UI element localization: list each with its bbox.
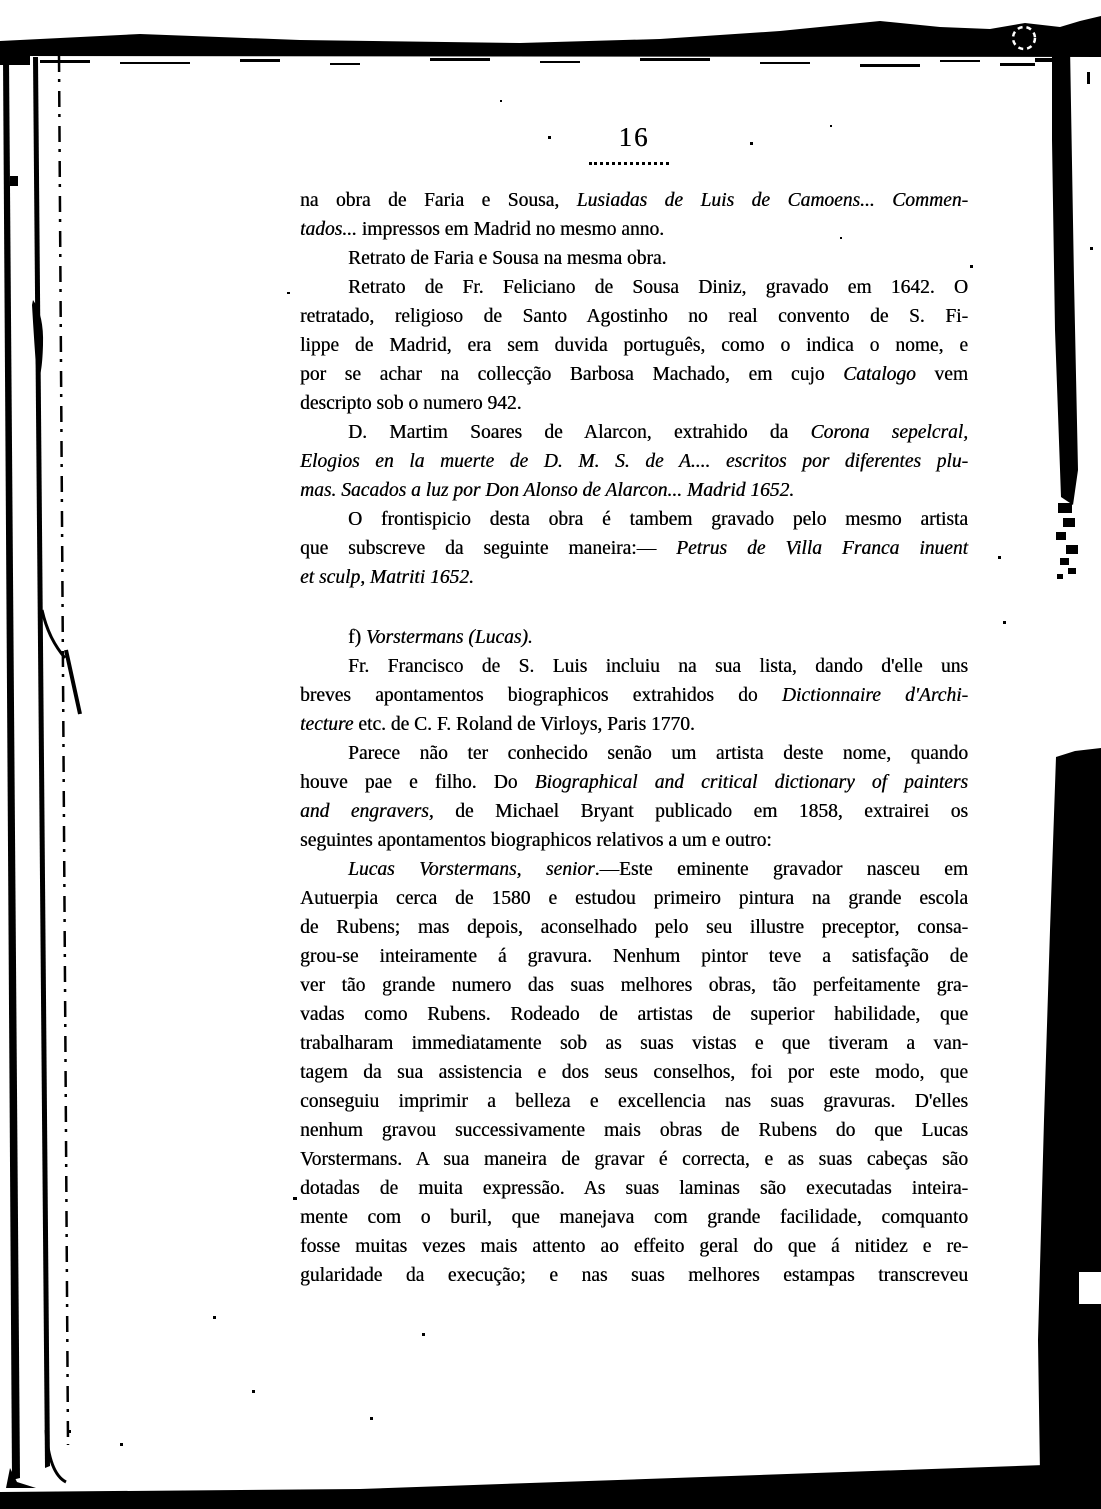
text-line: Fr. Francisco de S. Luis incluiu na sua …: [300, 652, 968, 681]
text-block: na obra de Faria e Sousa, Lusiadas de Lu…: [300, 186, 968, 1290]
text-segment: nenhum gravou successivamente mais obras…: [300, 1120, 968, 1141]
scan-top-band: [0, 16, 1101, 57]
text-line: seguintes apontamentos biographicos rela…: [300, 826, 968, 855]
scanned-page: 16 na obra de Faria e Sousa, Lusiadas de…: [0, 0, 1101, 1509]
text-line: fosse muitas vezes mais attento ao effei…: [300, 1232, 968, 1261]
italic-text-segment: Lucas Vorstermans, senior: [348, 859, 595, 880]
text-line: Retrato de Fr. Feliciano de Sousa Diniz,…: [300, 273, 968, 302]
text-segment: mente com o buril, que manejava com gran…: [300, 1207, 968, 1228]
italic-text-segment: et sculp, Matriti 1652.: [300, 567, 474, 588]
scan-right-block-notch: [1079, 1272, 1101, 1304]
text-line: tagem da sua assistencia e dos seus cons…: [300, 1058, 968, 1087]
text-segment: Fr. Francisco de S. Luis incluiu na sua …: [348, 656, 968, 677]
text-segment: fosse muitas vezes mais attento ao effei…: [300, 1236, 968, 1257]
text-segment: D. Martim Soares de Alarcon, extrahido d…: [348, 422, 810, 443]
text-segment: Autuerpia cerca de 1580 e estudou primei…: [300, 888, 968, 909]
text-segment: impressos em Madrid no mesmo anno.: [362, 219, 664, 240]
text-segment: tagem da sua assistencia e dos seus cons…: [300, 1062, 968, 1083]
text-line: retratado, religioso de Santo Agostinho …: [300, 302, 968, 331]
text-segment: de Michael Bryant publicado em 1858, ext…: [434, 801, 968, 822]
text-line: Retrato de Faria e Sousa na mesma obra.: [300, 244, 968, 273]
text-segment: seguintes apontamentos biographicos rela…: [300, 830, 772, 851]
text-segment: na obra de Faria e Sousa,: [300, 190, 577, 211]
text-segment: ver tão grande numero das suas melhores …: [300, 975, 968, 996]
text-segment: Vorstermans. A sua maneira de gravar é c…: [300, 1149, 968, 1170]
text-segment: Retrato de Faria e Sousa na mesma obra.: [348, 248, 666, 269]
text-line: tados... impressos em Madrid no mesmo an…: [300, 215, 968, 244]
scan-left-line-a-foot: [6, 1468, 36, 1488]
page-number-rule: [589, 158, 669, 165]
italic-text-segment: and engravers,: [300, 801, 434, 822]
text-line: and engravers, de Michael Bryant publica…: [300, 797, 968, 826]
text-segment: vem: [916, 364, 968, 385]
text-line: trabalharam immediatamente sob as suas v…: [300, 1029, 968, 1058]
text-segment: dotadas de muita expressão. As suas lami…: [300, 1178, 968, 1199]
italic-text-segment: tados...: [300, 219, 362, 240]
page-number: 16: [300, 122, 968, 153]
text-line: grou-se inteiramente á gravura. Nenhum p…: [300, 942, 968, 971]
text-line: nenhum gravou successivamente mais obras…: [300, 1116, 968, 1145]
text-line: mas. Sacados a luz por Don Alonso de Ala…: [300, 476, 968, 505]
text-segment: trabalharam immediatamente sob as suas v…: [300, 1033, 968, 1054]
text-line: O frontispicio desta obra é tambem grava…: [300, 505, 968, 534]
text-line: Elogios en la muerte de D. M. S. de A...…: [300, 447, 968, 476]
italic-text-segment: Vorstermans (Lucas).: [366, 627, 533, 648]
text-segment: .—Este eminente gravador nasceu em: [595, 859, 968, 880]
text-line: ver tão grande numero das suas melhores …: [300, 971, 968, 1000]
scan-right-bar-speckle: [1056, 503, 1078, 579]
text-line: na obra de Faria e Sousa, Lusiadas de Lu…: [300, 186, 968, 215]
text-segment: Retrato de Fr. Feliciano de Sousa Diniz,…: [348, 277, 968, 298]
text-line: Lucas Vorstermans, senior.—Este eminente…: [300, 855, 968, 884]
text-line: por se achar na collecção Barbosa Machad…: [300, 360, 968, 389]
italic-text-segment: Petrus de Villa Franca inuent: [676, 538, 968, 559]
text-segment: conseguiu imprimir a belleza e excellenc…: [300, 1091, 968, 1112]
text-segment: breves apontamentos biographicos extrahi…: [300, 685, 782, 706]
text-line: que subscreve da seguinte maneira:— Petr…: [300, 534, 968, 563]
text-line: houve pae e filho. Do Biographical and c…: [300, 768, 968, 797]
text-line: de Rubens; mas depois, aconselhado pelo …: [300, 913, 968, 942]
text-line: Autuerpia cerca de 1580 e estudou primei…: [300, 884, 968, 913]
text-segment: por se achar na collecção Barbosa Machad…: [300, 364, 843, 385]
text-segment: vadas como Rubens. Rodeado de artistas d…: [300, 1004, 968, 1025]
text-line: Vorstermans. A sua maneira de gravar é c…: [300, 1145, 968, 1174]
text-segment: gularidade da execução; e nas suas melho…: [300, 1265, 968, 1286]
text-line: conseguiu imprimir a belleza e excellenc…: [300, 1087, 968, 1116]
text-line: tecture etc. de C. F. Roland de Virloys,…: [300, 710, 968, 739]
scan-left-slant: [66, 650, 80, 714]
italic-text-segment: mas. Sacados a luz por Don Alonso de Ala…: [300, 480, 794, 501]
text-line: gularidade da execução; e nas suas melho…: [300, 1261, 968, 1290]
text-segment: grou-se inteiramente á gravura. Nenhum p…: [300, 946, 968, 967]
italic-text-segment: Dictionnaire d'Archi-: [782, 685, 968, 706]
text-segment: f): [348, 627, 366, 648]
text-line: f) Vorstermans (Lucas).: [300, 623, 968, 652]
text-segment: de Rubens; mas depois, aconselhado pelo …: [300, 917, 968, 938]
scan-left-line-c: [59, 56, 68, 1445]
text-line: dotadas de muita expressão. As suas lami…: [300, 1174, 968, 1203]
scan-right-bar: [1052, 46, 1078, 505]
italic-text-segment: Elogios en la muerte de D. M. S. de A...…: [300, 451, 968, 472]
text-line: et sculp, Matriti 1652.: [300, 563, 968, 592]
text-line: vadas como Rubens. Rodeado de artistas d…: [300, 1000, 968, 1029]
text-segment: houve pae e filho. Do: [300, 772, 535, 793]
text-line: descripto sob o numero 942.: [300, 389, 968, 418]
scan-left-line-b-blob: [32, 300, 43, 380]
scan-left-line-b: [33, 57, 50, 1468]
italic-text-segment: Corona sepelcral,: [810, 422, 968, 443]
text-line: lippe de Madrid, era sem duvida portuguê…: [300, 331, 968, 360]
italic-text-segment: Catalogo: [843, 364, 916, 385]
scan-bottom-strip: [0, 1463, 1101, 1509]
text-line: Parece não ter conhecido senão um artist…: [300, 739, 968, 768]
text-segment: retratado, religioso de Santo Agostinho …: [300, 306, 968, 327]
text-line: breves apontamentos biographicos extrahi…: [300, 681, 968, 710]
text-segment: O frontispicio desta obra é tambem grava…: [348, 509, 968, 530]
text-segment: etc. de C. F. Roland de Virloys, Paris 1…: [353, 714, 694, 735]
text-line: D. Martim Soares de Alarcon, extrahido d…: [300, 418, 968, 447]
italic-text-segment: tecture: [300, 714, 353, 735]
text-segment: lippe de Madrid, era sem duvida portuguê…: [300, 335, 968, 356]
scan-right-block: [998, 748, 1101, 1509]
scan-left-line-a: [3, 58, 20, 1480]
italic-text-segment: Biographical and critical dictionary of …: [535, 772, 968, 793]
text-line: mente com o buril, que manejava com gran…: [300, 1203, 968, 1232]
italic-text-segment: Lusiadas de Luis de Camoens... Commen-: [577, 190, 968, 211]
text-segment: descripto sob o numero 942.: [300, 393, 522, 414]
text-segment: que subscreve da seguinte maneira:—: [300, 538, 676, 559]
text-segment: Parece não ter conhecido senão um artist…: [348, 743, 968, 764]
